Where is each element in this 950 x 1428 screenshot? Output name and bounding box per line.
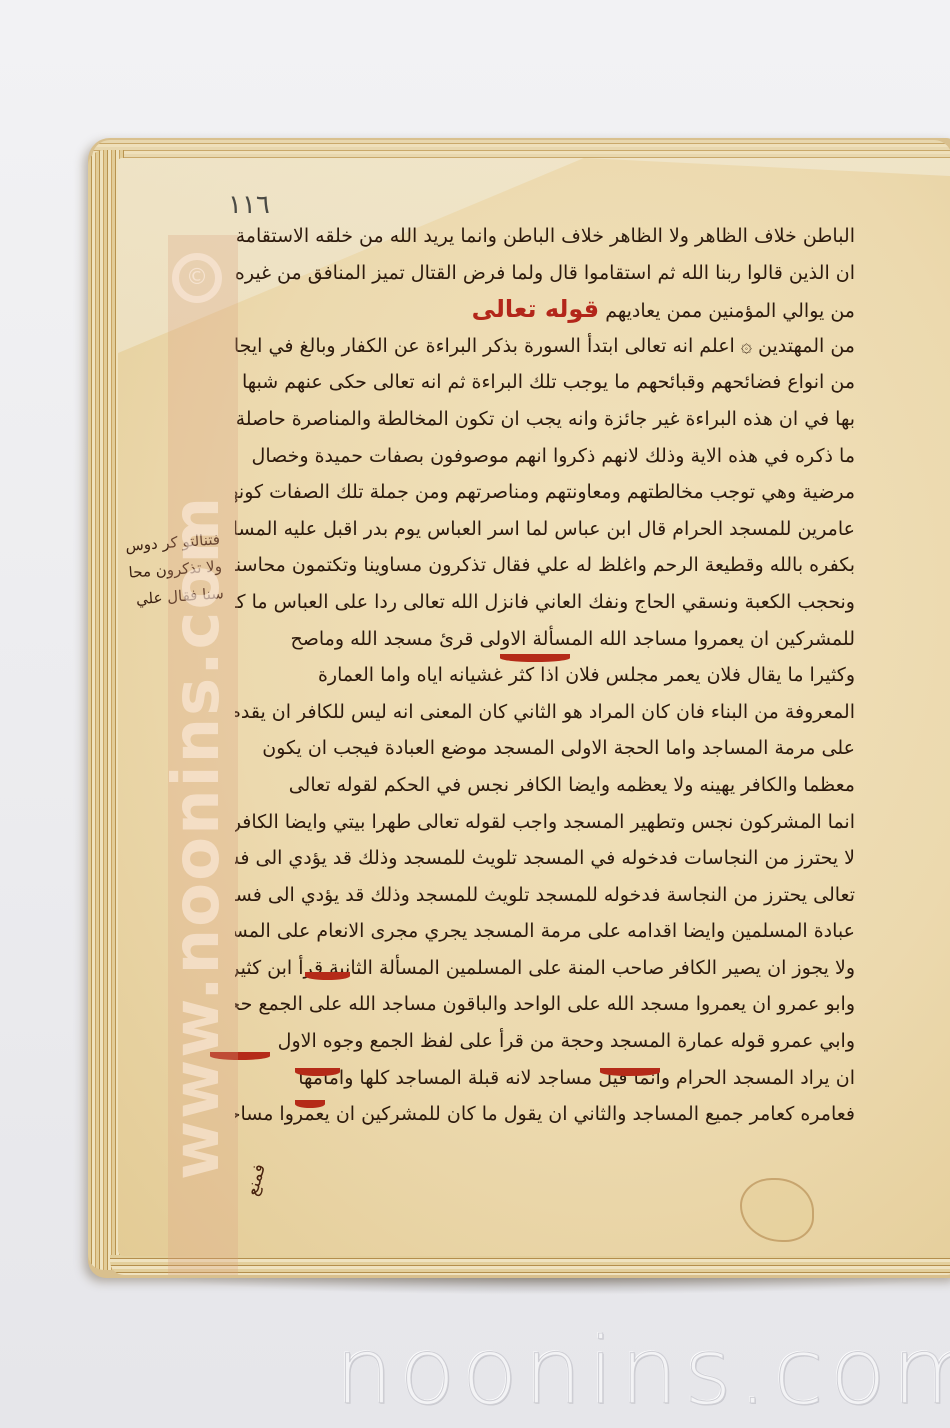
text-line: وكثيرا ما يقال فلان يعمر مجلس فلان اذا ك… (235, 657, 855, 694)
red-overline-mark (295, 1068, 340, 1076)
text-line: ونحجب الكعبة ونسقي الحاج ونفك العاني فان… (235, 584, 855, 621)
text-line: ولا يجوز ان يصير الكافر صاحب المنة على ا… (235, 950, 855, 987)
folio-number: ١١٦ (228, 190, 270, 220)
text-line: الباطن خلاف الظاهر ولا الظاهر خلاف الباط… (235, 218, 855, 255)
text-fragment: من يوالي المؤمنين ممن يعاديهم (605, 300, 855, 322)
text-line: المعروفة من البناء فان كان المراد هو الث… (235, 694, 855, 731)
watermark-vertical-text: www.noonins.com (160, 495, 234, 1180)
text-line: عامرين للمسجد الحرام قال ابن عباس لما اس… (235, 511, 855, 548)
rubric-heading: قوله تعالى (472, 295, 600, 323)
text-line: مرضية وهي توجب مخالطتهم ومعاونتهم ومناصر… (235, 474, 855, 511)
text-line: من المهتدين ۞ اعلم انه تعالى ابتدأ السور… (235, 328, 855, 365)
text-line: ان الذين قالوا ربنا الله ثم استقاموا قال… (235, 255, 855, 292)
red-overline-mark (500, 654, 570, 662)
watermark-bottom-label: noonins.com (335, 1318, 950, 1425)
text-line: وابو عمرو ان يعمروا مسجد الله على الواحد… (235, 986, 855, 1023)
red-overline-mark (305, 972, 350, 980)
text-line: وابي عمرو قوله عمارة المسجد وحجة من قرأ … (235, 1023, 855, 1060)
watermark-bottom-text: noonins.com (335, 1318, 950, 1425)
text-line: فعامره كعامر جميع المساجد والثاني ان يقو… (235, 1096, 855, 1133)
text-line: تعالى يحترز من النجاسة فدخوله للمسجد تلو… (235, 877, 855, 914)
text-line-with-rubric: من يوالي المؤمنين ممن يعاديهم قوله تعالى (235, 291, 855, 328)
text-line: ان يراد المسجد الحرام وانما قيل مساجد لا… (235, 1060, 855, 1097)
text-line: ما ذكره في هذه الاية وذلك لانهم ذكروا ان… (235, 438, 855, 475)
copyright-icon: © (172, 253, 222, 303)
text-line: عبادة المسلمين وايضا اقدامه على مرمة الم… (235, 913, 855, 950)
text-line: من انواع فضائحهم وقبائحهم ما يوجب تلك ال… (235, 364, 855, 401)
text-line: للمشركين ان يعمروا مساجد الله المسألة ال… (235, 621, 855, 658)
text-line: معظما والكافر يهينه ولا يعظمه وايضا الكا… (235, 767, 855, 804)
text-line: انما المشركون نجس وتطهير المسجد واجب لقو… (235, 804, 855, 841)
red-overline-mark (295, 1100, 325, 1108)
text-line: على مرمة المساجد واما الحجة الاولى المسج… (235, 730, 855, 767)
text-line: بكفره بالله وقطيعة الرحم واغلظ له علي فق… (235, 547, 855, 584)
text-line: بها في ان هذه البراءة غير جائزة وانه يجب… (235, 401, 855, 438)
red-overline-mark (600, 1068, 660, 1076)
text-line: لا يحترز من النجاسات فدخوله في المسجد تل… (235, 840, 855, 877)
manuscript-text: الباطن خلاف الظاهر ولا الظاهر خلاف الباط… (235, 218, 855, 1133)
